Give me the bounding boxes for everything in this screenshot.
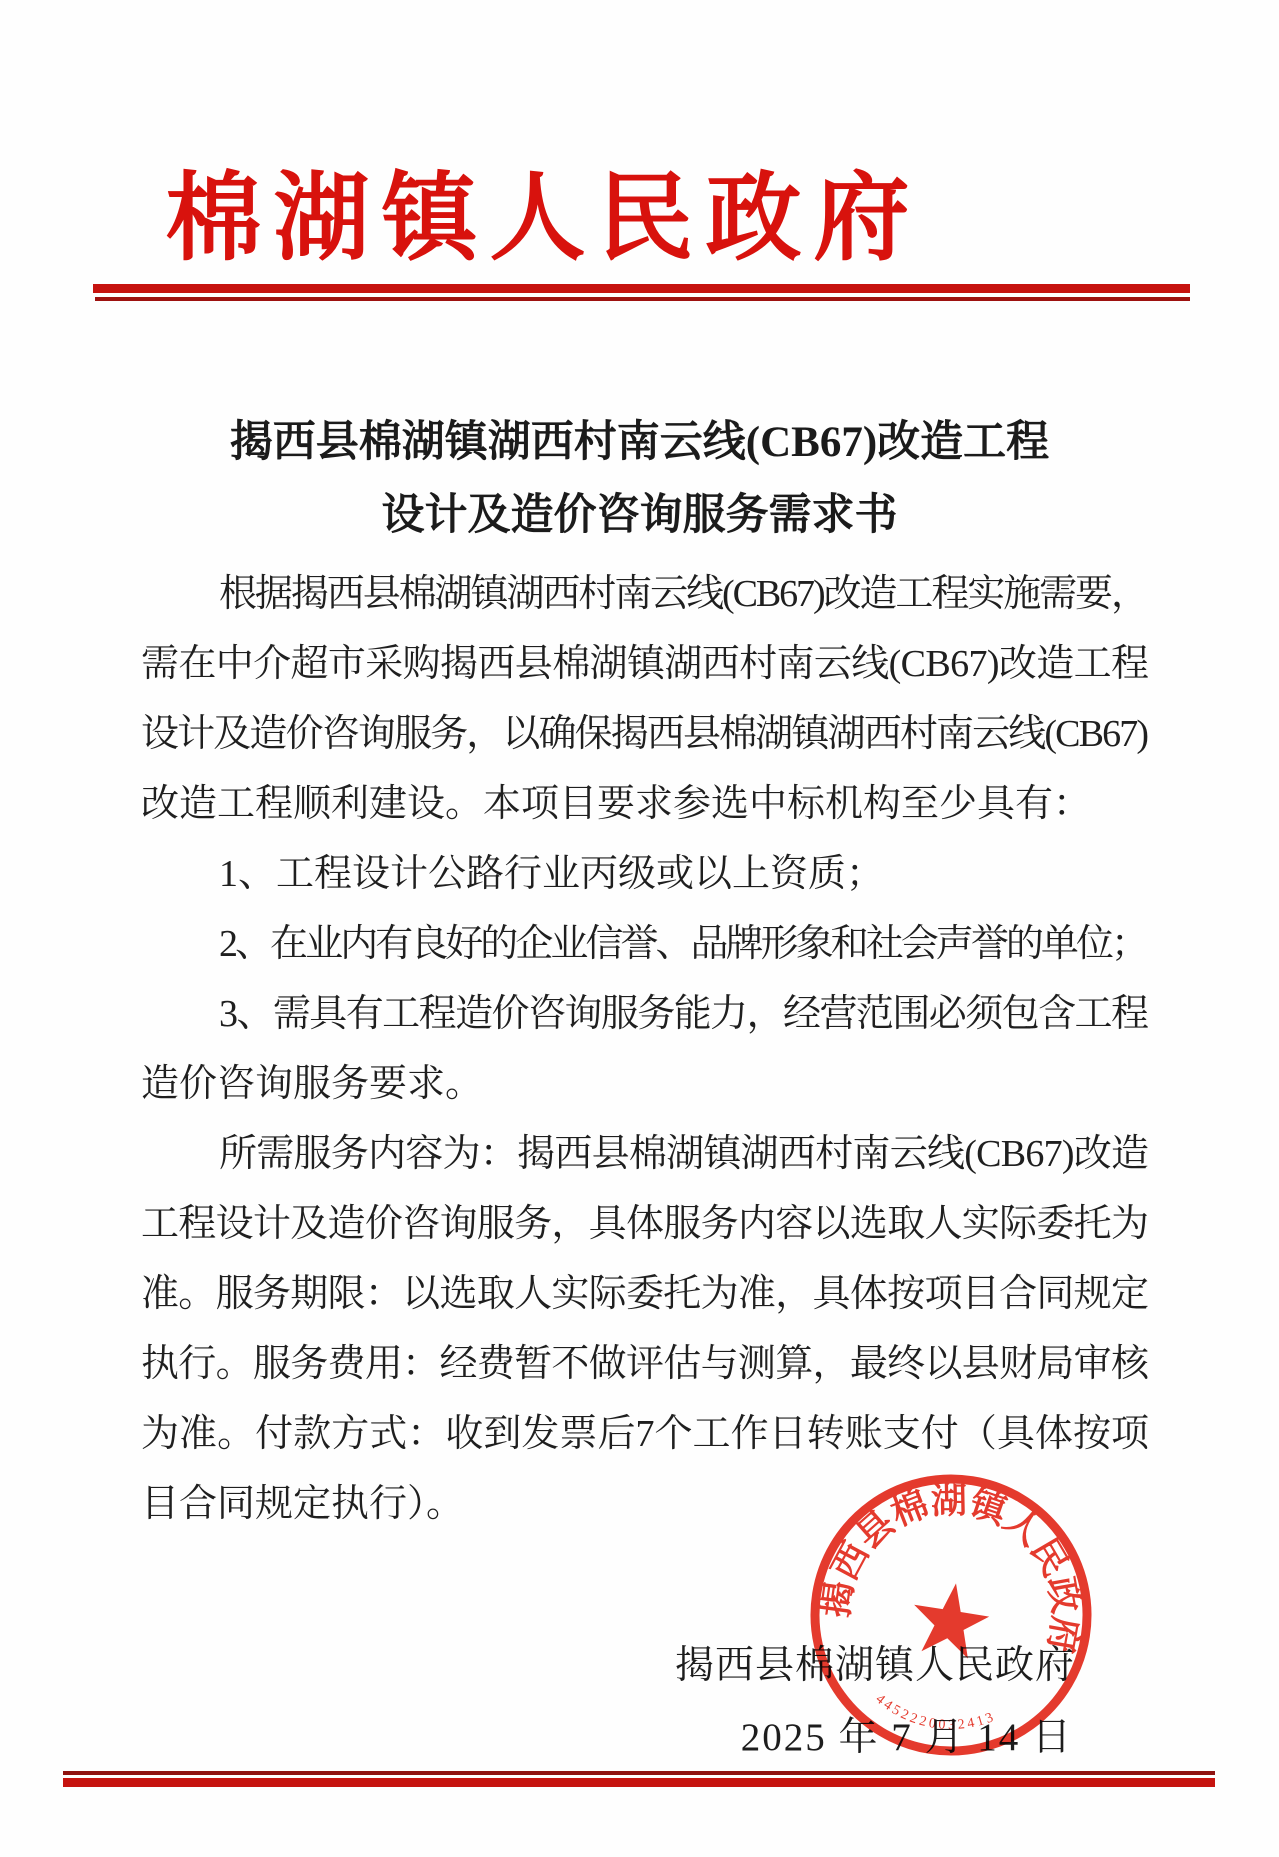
body-line-3: 设计及造价咨询服务，以确保揭西县棉湖镇湖西村南云线(CB67) xyxy=(141,713,1149,755)
body-line-6: 2、在业内有良好的企业信誉、品牌形象和社会声誉的单位； xyxy=(219,923,1149,965)
document-body: 根据揭西县棉湖镇湖西村南云线(CB67)改造工程实施需要， 需在中介超市采购揭西… xyxy=(141,556,1153,1556)
body-line-14: 目合同规定执行）。 xyxy=(141,1483,464,1525)
document-page: 棉湖镇人民政府 揭西县棉湖镇湖西村南云线(CB67)改造工程 设计及造价咨询服务… xyxy=(0,0,1279,1857)
document-title-line-2: 设计及造价咨询服务需求书 xyxy=(0,479,1279,552)
body-line-8: 造价咨询服务要求。 xyxy=(141,1063,483,1105)
body-line-7: 3、需具有工程造价咨询服务能力，经营范围必须包含工程 xyxy=(219,993,1149,1035)
seal-star-icon xyxy=(907,1577,993,1660)
official-seal: 揭西县棉湖镇人民政府 4452220032413 xyxy=(785,1449,1117,1781)
footer-divider-thick xyxy=(63,1778,1215,1787)
body-line-11: 准。服务期限：以选取人实际委托为准，具体按项目合同规定 xyxy=(141,1273,1149,1315)
body-line-12: 执行。服务费用：经费暂不做评估与测算，最终以县财局审核 xyxy=(141,1343,1150,1385)
body-line-13: 为准。付款方式：收到发票后7个工作日转账支付（具体按项 xyxy=(141,1413,1150,1455)
body-line-5: 1、工程设计公路行业丙级或以上资质； xyxy=(219,853,884,895)
body-line-10: 工程设计及造价咨询服务，具体服务内容以选取人实际委托为 xyxy=(141,1203,1149,1245)
body-line-9: 所需服务内容为：揭西县棉湖镇湖西村南云线(CB67)改造 xyxy=(219,1133,1149,1175)
document-title-line-1: 揭西县棉湖镇湖西村南云线(CB67)改造工程 xyxy=(0,406,1279,479)
header-divider-thin xyxy=(95,297,1190,301)
body-line-4: 改造工程顺利建设。本项目要求参选中标机构至少具有： xyxy=(141,783,1091,825)
header-divider-thick xyxy=(93,284,1190,293)
footer-divider-thin xyxy=(63,1771,1215,1775)
document-title: 揭西县棉湖镇湖西村南云线(CB67)改造工程 设计及造价咨询服务需求书 xyxy=(0,406,1279,552)
letterhead-title: 棉湖镇人民政府 xyxy=(0,142,1183,279)
body-line-1: 根据揭西县棉湖镇湖西村南云线(CB67)改造工程实施需要， xyxy=(219,573,1149,615)
body-line-2: 需在中介超市采购揭西县棉湖镇湖西村南云线(CB67)改造工程 xyxy=(141,643,1149,685)
